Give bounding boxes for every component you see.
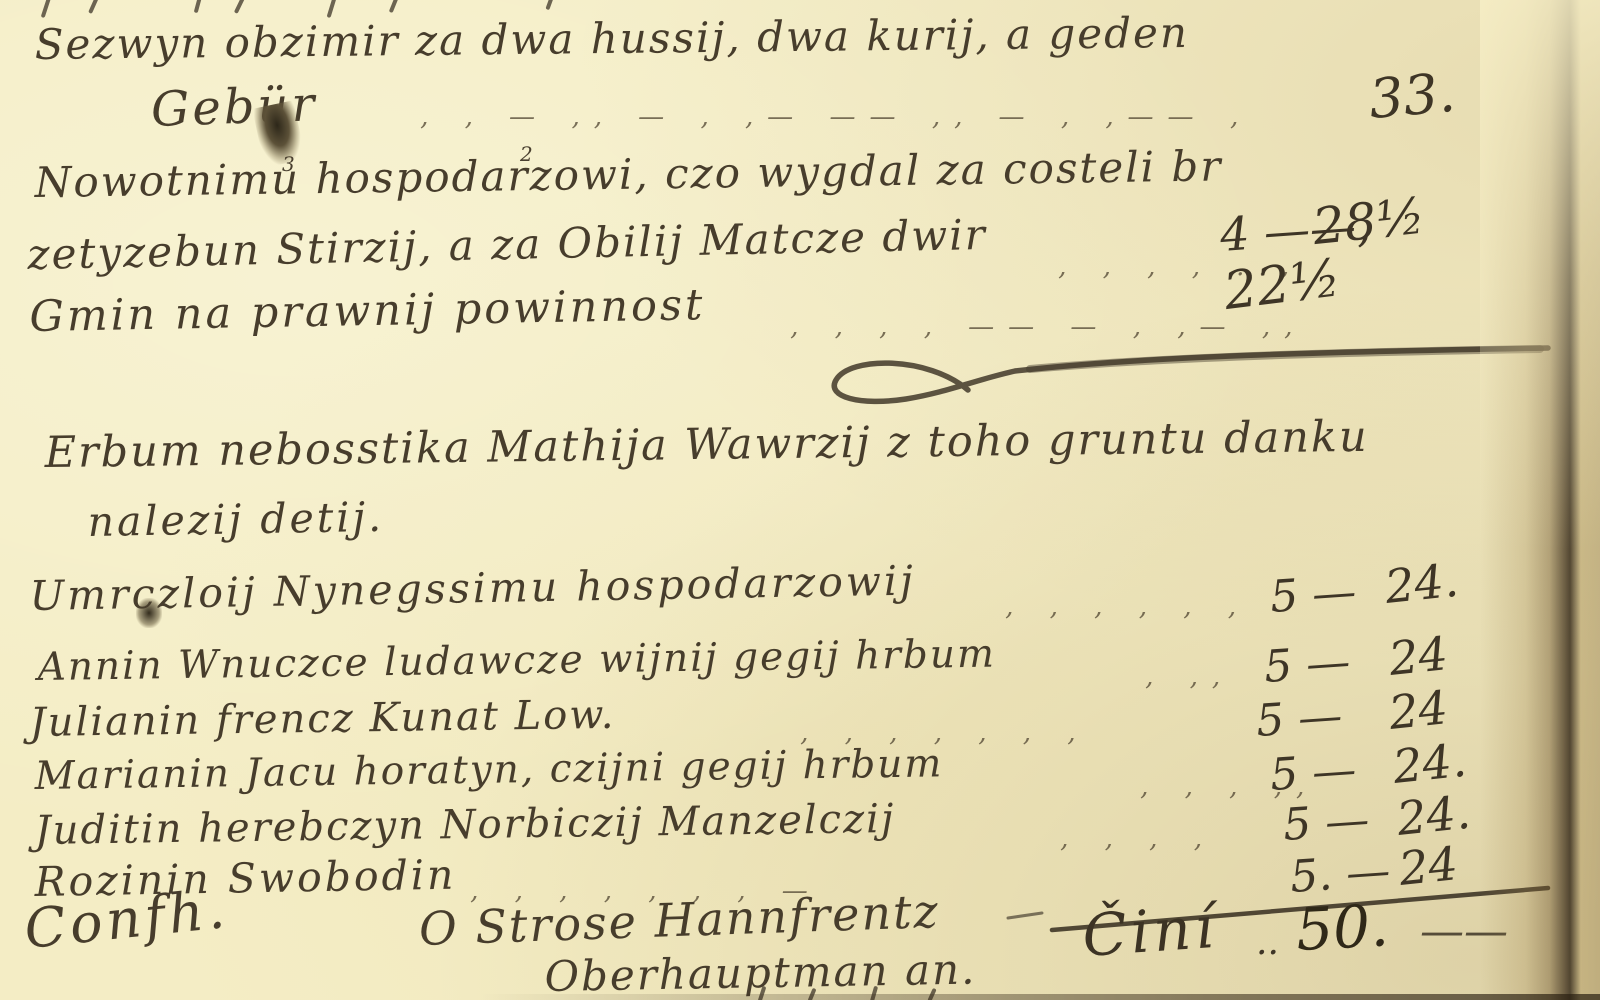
list-row-kreuzer: 24 [1386,680,1450,740]
total-dash: —— [1420,906,1508,957]
list-row-leader: ‚ ‚‚ [1145,662,1234,692]
heirs-line2: nalezij detij. [87,493,384,546]
list-row-florins: 5 — [1268,744,1357,801]
cut-stroke [194,0,203,13]
manuscript-page: Sezwyn obzimir za dwa hussij, dwa kurij,… [0,0,1600,1000]
list-row-florins: 5 — [1268,566,1357,623]
total-label: Činí [1080,893,1219,970]
nowotni-kreuzer: 28½ [1310,187,1428,256]
fee-amount: 33. [1367,61,1458,131]
heirs-line1: Erbum nebosstika Mathija Wawrzij z toho … [44,412,1369,478]
entry-nowotni-line2: zetyzebun Stirzij, a za Obilij Matcze dw… [27,210,987,279]
list-row-name: Annin Wnuczce ludawcze wijnij gegij hrbu… [37,632,996,690]
cut-stroke [88,0,100,14]
cut-stroke [327,0,338,18]
list-row-name: Umrczloij Nynegssimu hospodarzowij [29,557,916,620]
list-row-florins: 5 — [1281,794,1370,851]
cut-stroke [234,0,246,14]
entry-gmin: Gmin na prawnij powinnost [29,280,706,342]
list-row-name: Juditin herebczyn Norbiczij Manzelczij [34,796,895,854]
entry-nowotni-line1: Nowotnimu hospodarzowi, czo wygdal za co… [34,141,1222,207]
page-edge-shadow [1480,0,1600,1000]
cut-stroke [545,0,554,10]
list-row-florins: 5 — [1254,690,1343,747]
list-row-kreuzer: 24 [1396,836,1460,896]
list-row-florins: 5 — [1262,636,1351,693]
gmin-amount: 22½ [1221,248,1344,322]
cut-stroke [389,0,399,13]
fee-leader: ‚ ‚ — ‚‚ — ‚ ‚— —— ‚‚ — ‚ ‚—— ‚ [420,102,1252,132]
list-row-leader: ‚ ‚ ‚ ‚ [1060,824,1216,854]
list-row-name: Julianin frencz Kunat Low. [29,692,615,746]
opening-line: Sezwyn obzimir za dwa hussij, dwa kurij,… [34,8,1189,69]
list-row-kreuzer: 24. [1394,785,1472,846]
cut-stroke [41,0,52,18]
list-row-kreuzer: 24 [1386,626,1450,686]
total-amount: 50. [1294,891,1390,964]
line-digit: 2 [520,142,533,166]
list-row-name: Marianin Jacu horatyn, czijni gegij hrbu… [34,741,943,799]
list-row-kreuzer: 24. [1382,553,1460,614]
page-edge-fade [1480,0,1600,1000]
list-row-leader: ‚ ‚ ‚ ‚ ‚ ‚ [1005,592,1250,622]
total-dots: .. [1256,922,1279,963]
